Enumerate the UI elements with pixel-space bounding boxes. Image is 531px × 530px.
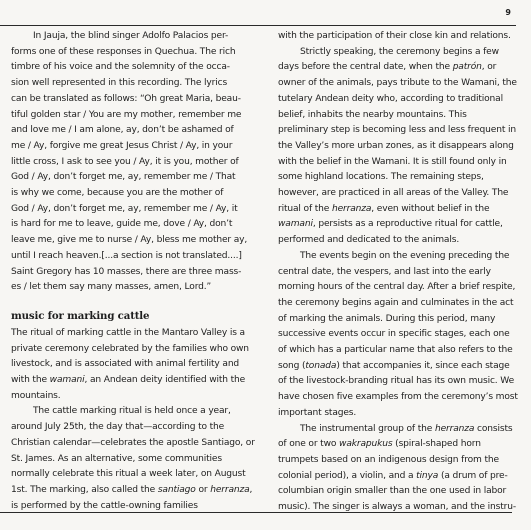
text: The instrumental group of the	[300, 424, 435, 434]
text-line: forms one of these responses in Quechua.…	[11, 45, 257, 61]
text-line: leave me, give me to nurse / Ay, bless m…	[11, 233, 257, 249]
text-line: is why we come, because you are the moth…	[11, 186, 257, 202]
text-line: sion well represented in this recording.…	[11, 76, 257, 92]
paragraph-ritual-intro: The ritual of marking cattle in the Mant…	[11, 326, 257, 405]
text-line: me / Ay, forgive me great Jesus Christ /…	[11, 139, 257, 155]
text-line: timbre of his voice and the solemnity of…	[11, 60, 257, 76]
italic-term: santiago	[158, 485, 196, 495]
text-line: is hard for me to leave, guide me, dove …	[11, 217, 257, 233]
text-line: In Jauja, the blind singer Adolfo Palaci…	[11, 29, 257, 45]
text: or	[196, 485, 210, 495]
italic-term: wamani	[278, 219, 313, 229]
text: , or owner of the animals, pays tribute …	[278, 62, 517, 213]
paragraph-lyrics: In Jauja, the blind singer Adolfo Palaci…	[11, 29, 257, 296]
paragraph-instruments: The instrumental group of the herranza c…	[278, 422, 518, 516]
paragraph-ritual-date: The cattle marking ritual is held once a…	[11, 404, 257, 514]
text-line: Saint Gregory has 10 masses, there are t…	[11, 265, 257, 281]
footer-rule	[0, 512, 512, 513]
text: The cattle marking ritual is held once a…	[11, 406, 255, 495]
text-line: little cross, I ask to see you / Ay, it …	[11, 155, 257, 171]
page-number: 9	[505, 8, 511, 17]
text-line: can be translated as follows: “Oh great …	[11, 92, 257, 108]
header-rule	[0, 25, 516, 26]
text-line: tiful golden star / You are my mother, r…	[11, 108, 257, 124]
right-column: with the participation of their close ki…	[278, 29, 518, 516]
text: , even without belief in the	[371, 204, 489, 214]
italic-term: herranza	[435, 424, 474, 434]
italic-term: wakrapukus	[339, 439, 392, 449]
text-line: es / let them say many masses, amen, Lor…	[11, 280, 257, 296]
section-heading: music for marking cattle	[11, 308, 257, 324]
left-column: In Jauja, the blind singer Adolfo Palaci…	[11, 29, 257, 514]
italic-term: wamani	[50, 375, 85, 385]
text: The events begin on the evening precedin…	[278, 251, 515, 371]
text-line: God / Ay, don’t forget me, ay, remember …	[11, 202, 257, 218]
italic-term: patrón	[453, 62, 482, 72]
text-line: until I reach heaven.[...a section is no…	[11, 249, 257, 265]
italic-term: herranza	[332, 204, 371, 214]
paragraph-continued: with the participation of their close ki…	[278, 29, 518, 45]
text-line: and love me / I am alone, ay, don’t be a…	[11, 123, 257, 139]
italic-term: herranza	[210, 485, 249, 495]
italic-term: tinya	[416, 471, 438, 481]
text-line: God / Ay, don’t forget me, ay, remember …	[11, 170, 257, 186]
paragraph-ceremony-start: Strictly speaking, the ceremony begins a…	[278, 45, 518, 249]
italic-term: tonada	[305, 361, 336, 371]
paragraph-events: The events begin on the evening precedin…	[278, 249, 518, 422]
